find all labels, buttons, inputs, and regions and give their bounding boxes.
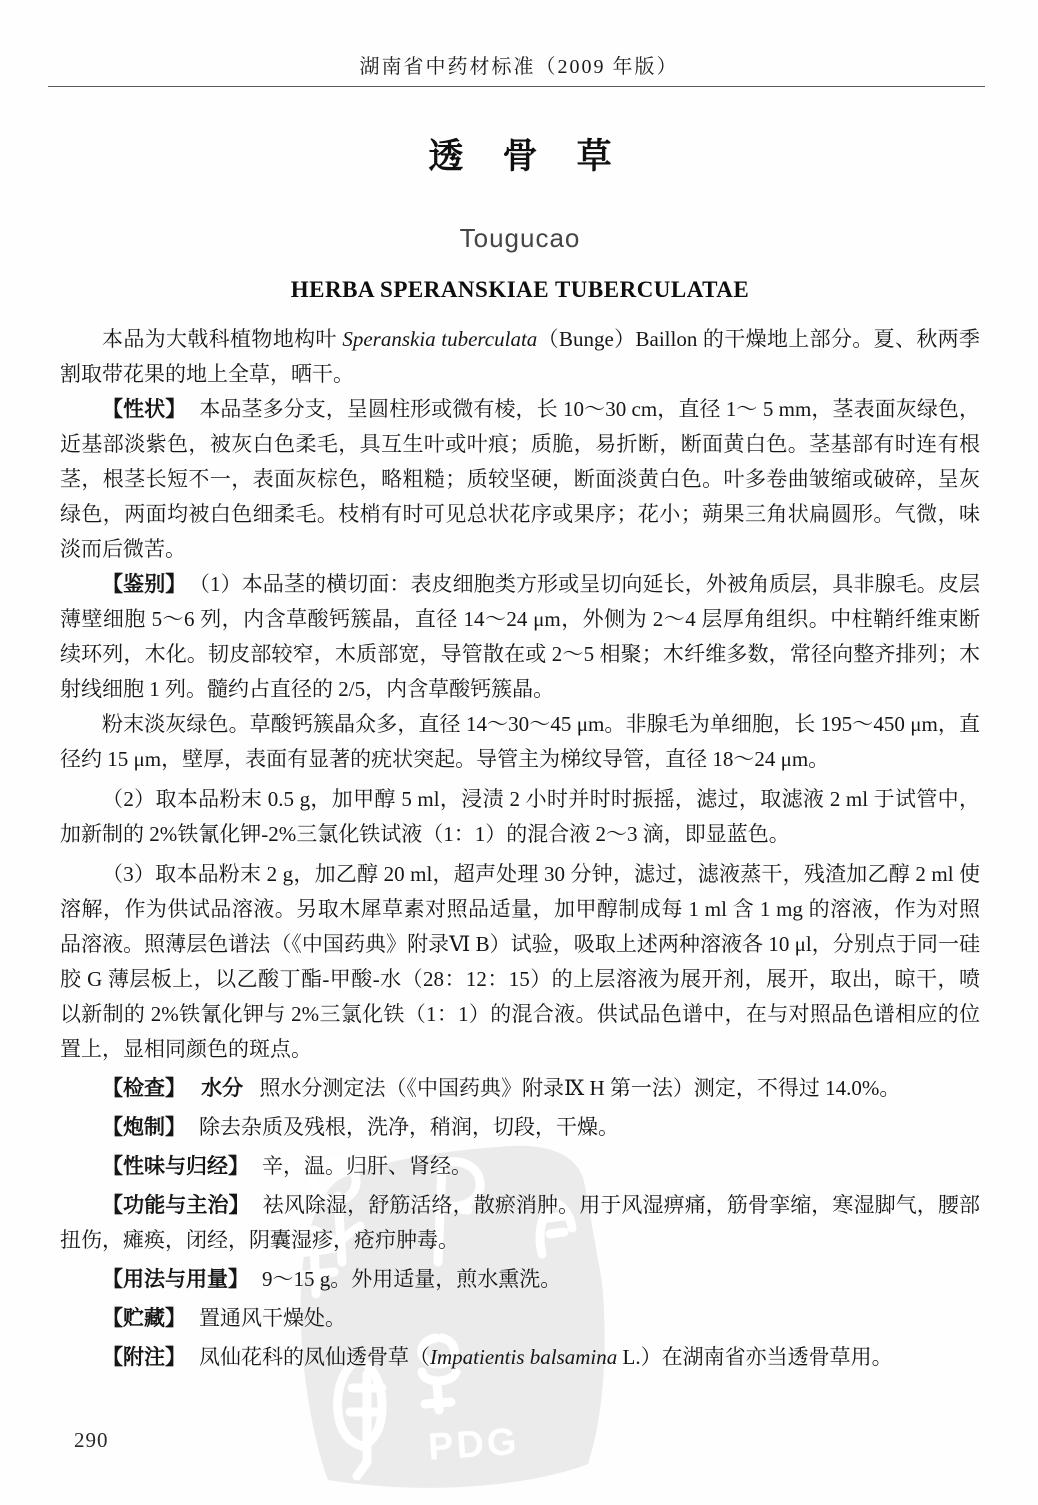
- header-divider: [48, 86, 985, 87]
- document-page: 湖南省中药材标准（2009 年版） PDG 透 骨 草 Tougucao HER…: [0, 0, 1038, 1505]
- section-fuzhu: 【附注】凤仙花科的凤仙透骨草（Impatientis balsamina L.）…: [60, 1340, 980, 1375]
- section-label-jianbie: 【鉴别】: [102, 573, 186, 596]
- section-jianbie-item2: （2）取本品粉末 0.5 g，加甲醇 5 ml，浸渍 2 小时并时时振摇，滤过，…: [60, 782, 980, 852]
- section-text-xingzhuang: 本品茎多分支，呈圆柱形或微有棱，长 10～30 cm，直径 1～ 5 mm，茎表…: [60, 397, 980, 561]
- section-label-fuzhu: 【附注】: [102, 1346, 186, 1369]
- monograph-latin-name: HERBA SPERANSKIAE TUBERCULATAE: [60, 277, 980, 303]
- section-label-jiancha: 【检查】: [102, 1077, 186, 1100]
- page-number: 290: [74, 1428, 109, 1453]
- monograph-title-chinese: 透 骨 草: [60, 138, 980, 177]
- monograph-pinyin: Tougucao: [60, 223, 980, 254]
- section-text-fuzhu-post: L.）在湖南省亦当透骨草用。: [617, 1345, 892, 1369]
- section-paozhi: 【炮制】除去杂质及残根，洗净，稍润，切段，干燥。: [60, 1110, 980, 1145]
- section-label-paozhi: 【炮制】: [102, 1116, 186, 1139]
- section-label-yongfa-yongliang: 【用法与用量】: [102, 1268, 249, 1291]
- section-label-xingwei-guijing: 【性味与归经】: [102, 1155, 249, 1178]
- monograph-body: 本品为大戟科植物地构叶 Speranskia tuberculata（Bunge…: [60, 322, 980, 1375]
- seal-glyph-5: [338, 1364, 382, 1476]
- source-text-pre: 本品为大戟科植物地构叶: [102, 327, 342, 351]
- section-text-jianbie-item1: （1）本品茎的横切面：表皮细胞类方形或呈切向延长，外被角质层，具非腺毛。皮层薄壁…: [60, 572, 980, 701]
- fuzhu-species-name: Impatientis balsamina: [430, 1345, 617, 1369]
- source-species-name: Speranskia tuberculata: [342, 327, 537, 351]
- section-zhucang: 【贮藏】置通风干燥处。: [60, 1301, 980, 1336]
- section-yongfa-yongliang: 【用法与用量】9～15 g。外用适量，煎水熏洗。: [60, 1262, 980, 1297]
- section-label-gongneng-zhuzhi: 【功能与主治】: [102, 1194, 250, 1217]
- section-xingwei-guijing: 【性味与归经】辛，温。归肝、肾经。: [60, 1149, 980, 1184]
- section-text-zhucang: 置通风干燥处。: [199, 1306, 346, 1330]
- section-text-paozhi: 除去杂质及残根，洗净，稍润，切段，干燥。: [199, 1115, 619, 1139]
- section-label-zhucang: 【贮藏】: [102, 1307, 186, 1330]
- section-gongneng-zhuzhi: 【功能与主治】祛风除湿，舒筋活络，散瘀消肿。用于风湿痹痛，筋骨挛缩，寒湿脚气，腰…: [60, 1188, 980, 1258]
- watermark-pdg-text: PDG: [427, 1421, 521, 1469]
- book-header-title: 湖南省中药材标准（2009 年版）: [0, 50, 1038, 79]
- monograph-content: 透 骨 草 Tougucao HERBA SPERANSKIAE TUBERCU…: [60, 120, 980, 1375]
- section-sublabel-jiancha-water: 水分: [201, 1077, 243, 1100]
- section-jianbie-powder: 粉末淡灰绿色。草酸钙簇晶众多，直径 14～30～45 μm。非腺毛为单细胞，长 …: [60, 707, 980, 777]
- section-jianbie-item3: （3）取本品粉末 2 g，加乙醇 20 ml，超声处理 30 分钟，滤过，滤液蒸…: [60, 857, 980, 1067]
- section-text-jianbie-item2: （2）取本品粉末 0.5 g，加甲醇 5 ml，浸渍 2 小时并时时振摇，滤过，…: [60, 787, 980, 846]
- section-text-fuzhu-pre: 凤仙花科的凤仙透骨草（: [199, 1345, 430, 1369]
- section-xingzhuang: 【性状】本品茎多分支，呈圆柱形或微有棱，长 10～30 cm，直径 1～ 5 m…: [60, 392, 980, 567]
- section-text-yongfa-yongliang: 9～15 g。外用适量，煎水熏洗。: [262, 1267, 561, 1291]
- source-paragraph: 本品为大戟科植物地构叶 Speranskia tuberculata（Bunge…: [60, 322, 980, 392]
- section-label-xingzhuang: 【性状】: [102, 398, 186, 421]
- section-text-jianbie-powder: 粉末淡灰绿色。草酸钙簇晶众多，直径 14～30～45 μm。非腺毛为单细胞，长 …: [60, 712, 980, 771]
- section-jianbie-item1: 【鉴别】（1）本品茎的横切面：表皮细胞类方形或呈切向延长，外被角质层，具非腺毛。…: [60, 567, 980, 707]
- section-jiancha: 【检查】水分照水分测定法（《中国药典》附录Ⅸ H 第一法）测定，不得过 14.0…: [60, 1071, 980, 1106]
- section-text-xingwei-guijing: 辛，温。归肝、肾经。: [262, 1154, 472, 1178]
- section-text-jiancha: 照水分测定法（《中国药典》附录Ⅸ H 第一法）测定，不得过 14.0%。: [259, 1076, 900, 1100]
- section-text-jianbie-item3: （3）取本品粉末 2 g，加乙醇 20 ml，超声处理 30 分钟，滤过，滤液蒸…: [60, 862, 980, 1061]
